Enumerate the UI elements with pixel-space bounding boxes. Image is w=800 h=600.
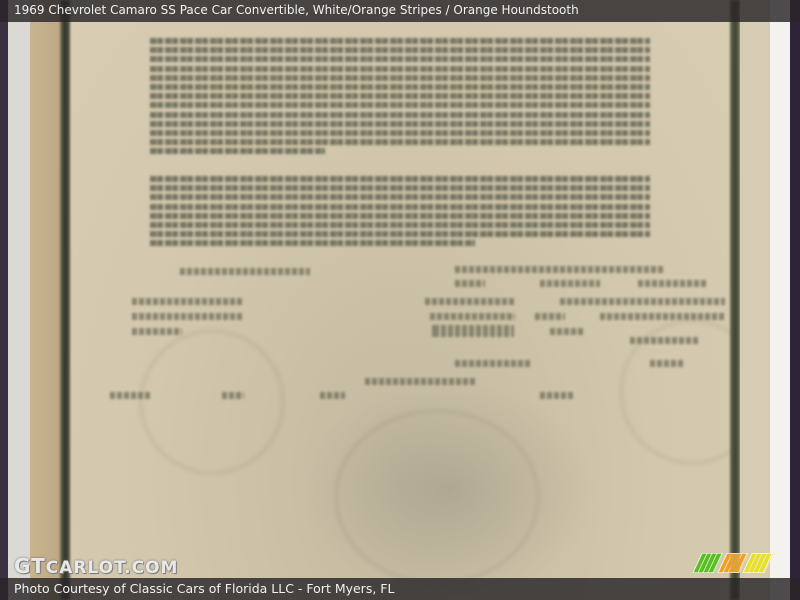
document-field [535, 313, 565, 320]
site-watermark: GTCARLOT.COM [14, 554, 178, 578]
document-field [540, 392, 575, 399]
document-field [132, 328, 182, 335]
document-border-left [60, 0, 70, 600]
frame-edge-right [790, 0, 800, 600]
document-field [600, 313, 725, 320]
document-shadow [300, 380, 600, 600]
frame-mat-right [770, 0, 790, 600]
document-field [132, 313, 242, 320]
document-border-right [730, 0, 740, 600]
photo-caption: 1969 Chevrolet Camaro SS Pace Car Conver… [14, 3, 579, 17]
watermark-prefix: GT [14, 554, 46, 578]
document-field [550, 328, 585, 335]
watermark-rest: CARLOT.COM [46, 558, 179, 578]
caption-bar: 1969 Chevrolet Camaro SS Pace Car Conver… [0, 0, 800, 22]
frame-edge-left [0, 0, 8, 600]
document-field [560, 298, 725, 305]
document-field [455, 280, 485, 287]
document-field [430, 313, 515, 320]
document-field [132, 298, 242, 305]
document-paragraph-2 [150, 176, 650, 250]
document-field [180, 268, 310, 275]
photo-credit: Photo Courtesy of Classic Cars of Florid… [14, 581, 394, 596]
frame-wood-left [30, 0, 60, 600]
credit-bar: Photo Courtesy of Classic Cars of Florid… [0, 578, 800, 600]
document-field [320, 392, 345, 399]
document-field [540, 280, 600, 287]
listing-photo [0, 0, 800, 600]
document-field [432, 325, 514, 337]
document-field [455, 360, 530, 367]
document-field [425, 298, 515, 305]
frame-paper-right [740, 0, 770, 600]
document-seal [140, 330, 284, 474]
document-field [638, 280, 708, 287]
striped-logo-icon [697, 553, 769, 573]
frame-mat-left [8, 0, 30, 600]
document-paragraph-1 [150, 38, 650, 157]
title-document [70, 0, 730, 600]
document-field [455, 266, 665, 273]
